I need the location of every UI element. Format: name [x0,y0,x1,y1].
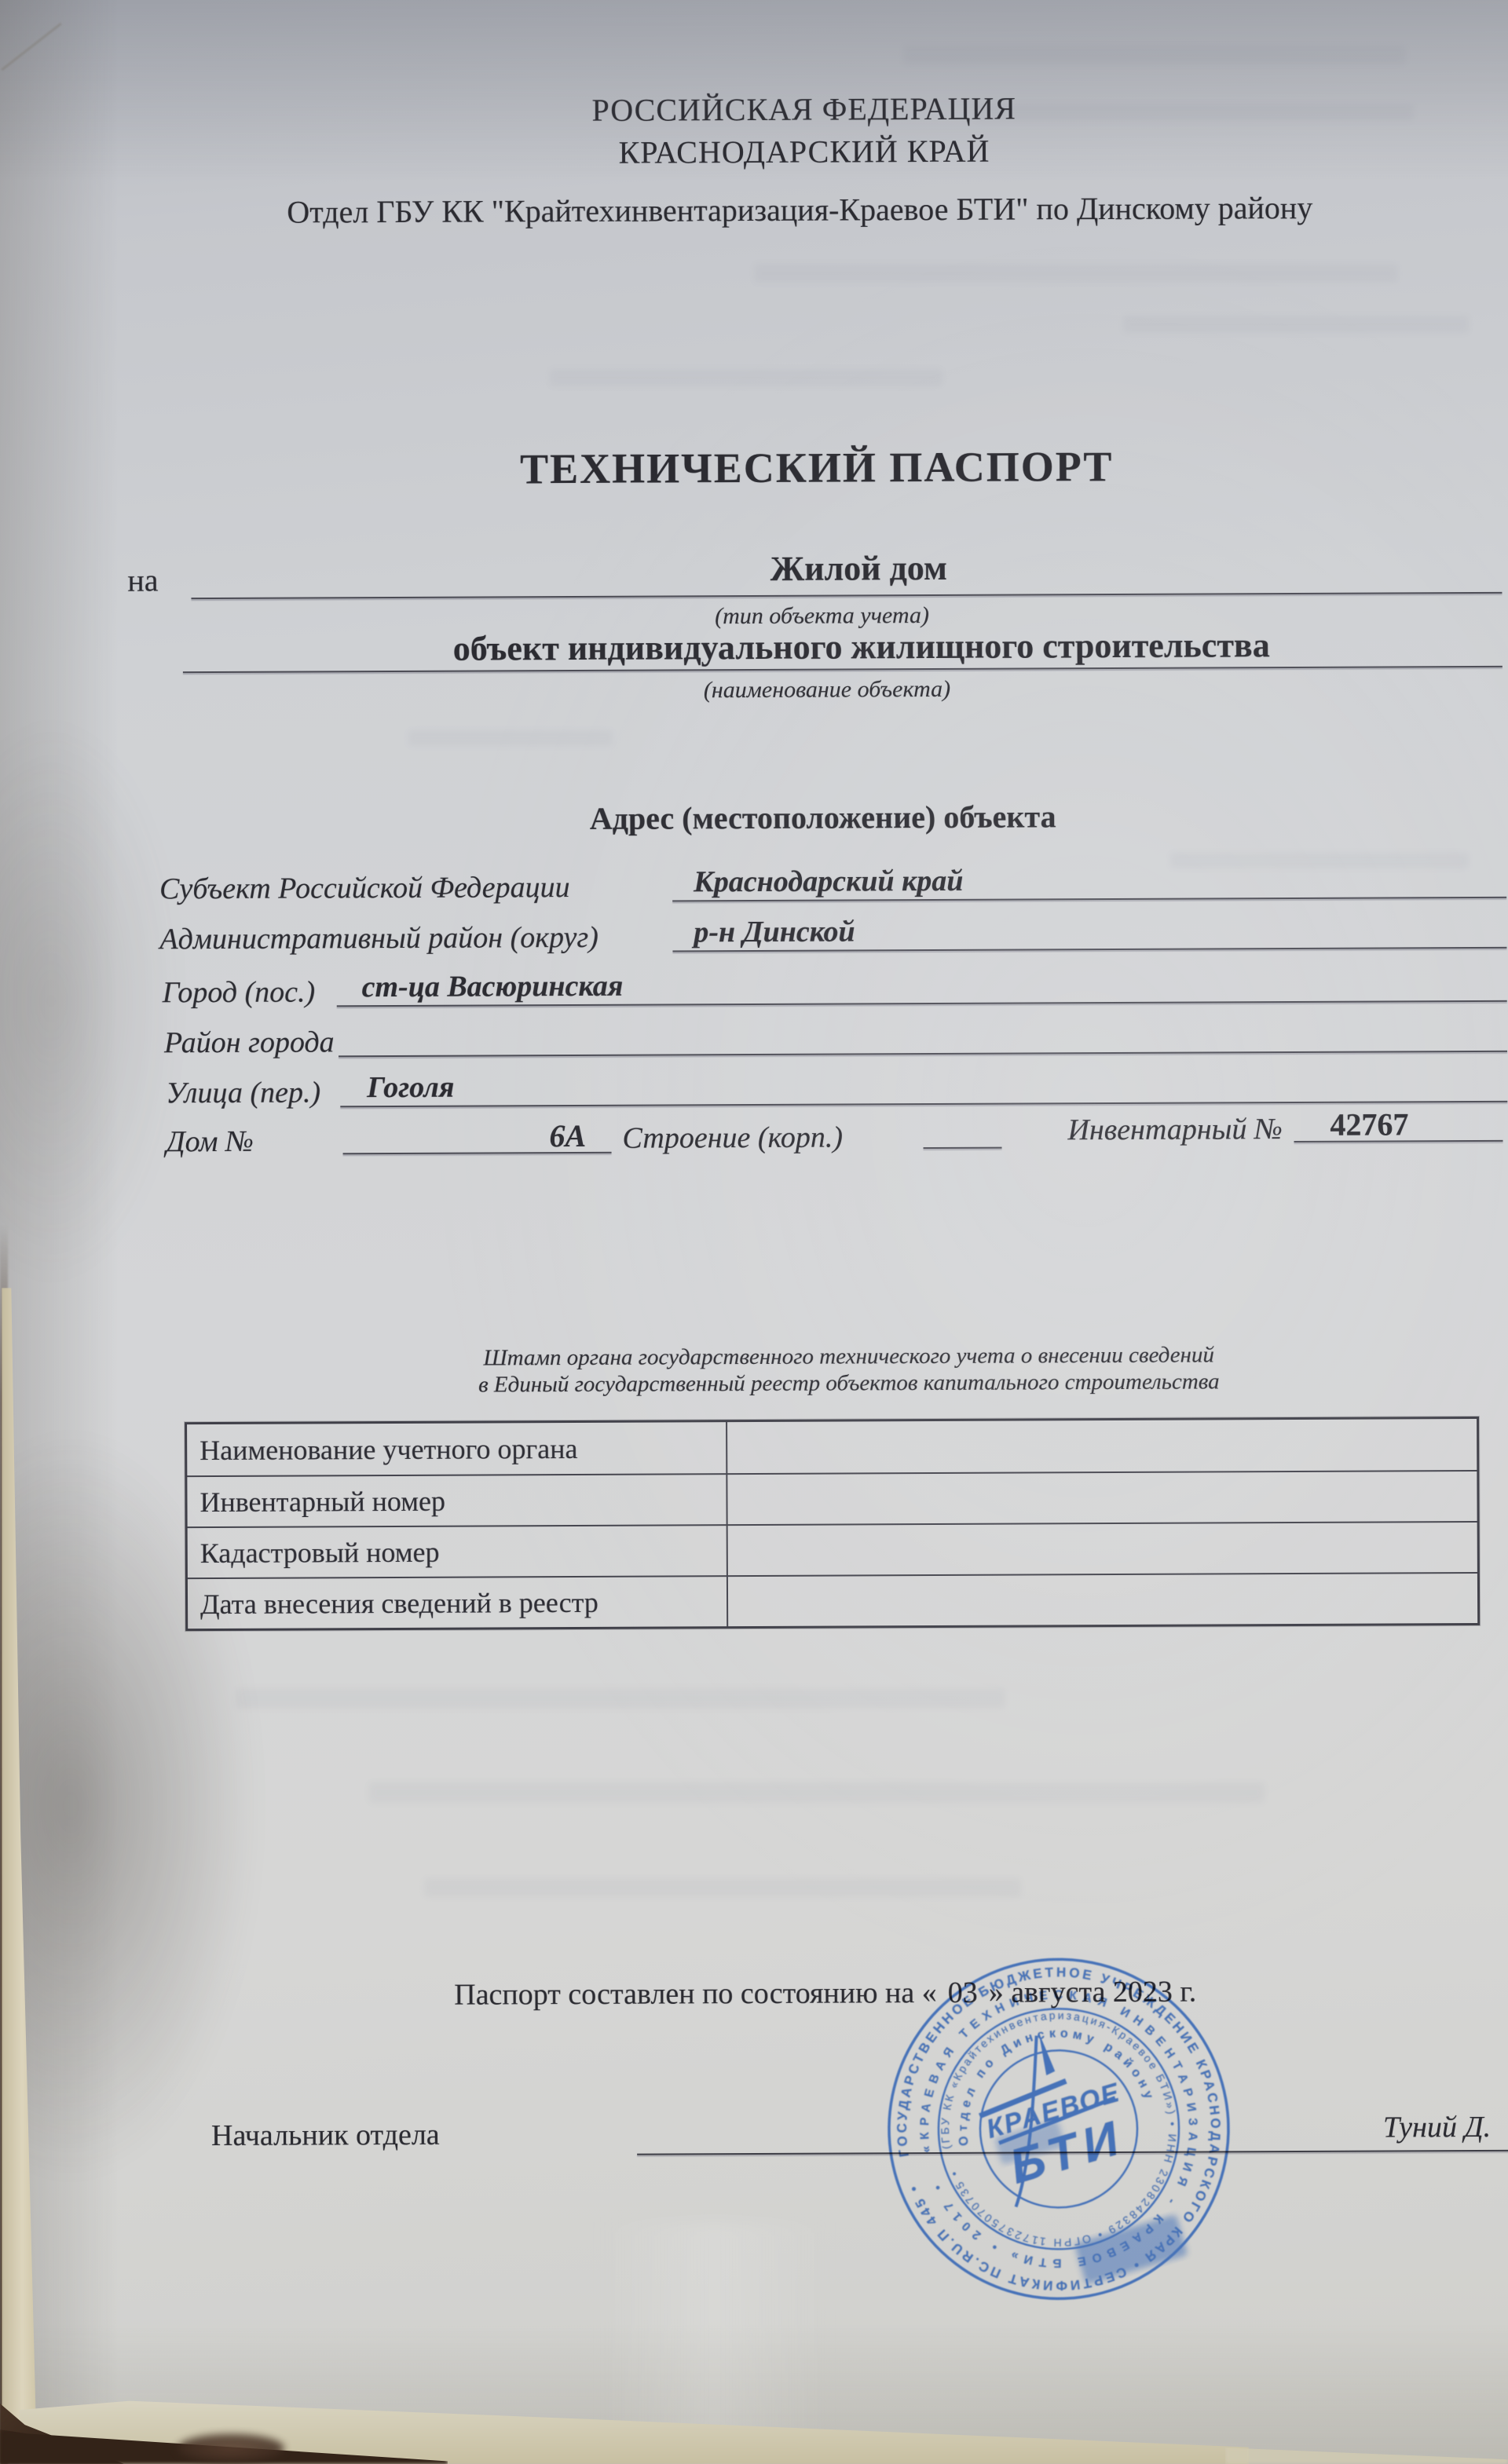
bleed-through-ghost [369,1782,1265,1803]
object-type-underline [191,592,1502,599]
address-row-value: Краснодарский край [694,865,964,899]
inventory-label: Инвентарный № [1067,1113,1283,1147]
official-name: Туний Д. [1383,2111,1491,2144]
address-row-label: Город (пос.) [163,975,316,1009]
registry-row-value [728,1572,1477,1626]
object-name-value: объект индивидуального жилищного строите… [186,625,1508,670]
house-value: 6А [549,1119,586,1154]
seal-district-arc-text: Отдел по Динскому району [940,2010,1158,2147]
building-underline [924,1147,1002,1149]
address-row-city-area: Район города [0,0,1503,3]
header-country: РОССИЙСКАЯ ФЕДЕРАЦИЯ [50,90,1508,131]
registry-row-label: Дата внесения сведений в реестр [188,1575,728,1629]
seal-ink-smudge [1074,2214,1188,2285]
page-fold-highlight [597,2222,833,2464]
underlying-pages-left-edge [2,1288,36,2426]
address-row-underline [339,1051,1507,1057]
registry-row-label: Наименование учетного органа [187,1422,727,1475]
photo-backdrop: РОССИЙСКАЯ ФЕДЕРАЦИЯ КРАСНОДАРСКИЙ КРАЙ … [0,0,1508,2464]
header-department: Отдел ГБУ КК "Крайтехинвентаризация-Крае… [46,190,1508,232]
seal-center-logo: КРАЕВОЕ БТИ [961,2009,1188,2300]
address-row-value: Гоголя [367,1071,454,1105]
building-label: Строение (корп.) [622,1121,843,1156]
seal-logo-underline [996,2098,1118,2144]
left-finger-shadow [0,1303,322,2309]
address-row-subject: Субъект Российской Федерации Краснодарск… [0,0,1503,3]
bleed-through-ghost [1170,853,1469,868]
seal-middle-circle [919,1990,1199,2269]
bleed-through-ghost [1123,316,1469,333]
address-row-city: Город (пос.) ст-ца Васюринская [0,0,1503,3]
registry-row-label: Кадастровый номер [188,1524,728,1577]
seal-middle-ring-text: «КРАЕВАЯ ТЕХНИЧЕСКАЯ ИНВЕНТАРИЗАЦИЯ - КР… [895,1965,1222,2292]
registry-row-value [727,1470,1477,1524]
house-underline [343,1152,612,1154]
object-name-underline [183,666,1503,673]
bottom-blur-blob [178,2434,284,2462]
bleed-through-ghost [550,369,942,386]
house-label: Дом № [166,1125,253,1159]
address-row-label: Район города [164,1025,335,1059]
address-row-district: Административный район (округ) р-н Динск… [0,0,1503,3]
top-shadow [0,0,1508,181]
seal-spire-icon [972,2036,1081,2207]
address-heading: Адрес (местоположение) объекта [234,798,1412,838]
seal-spire-tip-icon [1034,2031,1056,2075]
object-preposition: на [127,563,158,598]
registry-caption-line1: Штамп органа государственного техническо… [268,1341,1430,1372]
document-title: ТЕХНИЧЕСКИЙ ПАСПОРТ [63,441,1508,495]
official-position: Начальник отдела [211,2119,440,2153]
address-row-underline [672,947,1506,952]
left-edge-shadow [0,0,118,2464]
top-left-page-seam [1,23,61,71]
compiled-prefix: Паспорт составлен по состоянию на « [454,1976,937,2012]
address-row-underline [340,1101,1507,1107]
bleed-through-ghost [903,46,1406,64]
bleed-through-ghost [754,264,1398,283]
header-region: КРАСНОДАРСКИЙ КРАЙ [50,132,1508,174]
object-type-caption: (тип объекта учета) [186,600,1459,632]
left-soft-shadow [0,628,220,1374]
official-seal: ГОСУДАРСТВЕННОЕ БЮДЖЕТНОЕ УЧРЕЖДЕНИЕ КРА… [858,1928,1259,2330]
bleed-through-ghost [974,104,1414,121]
seal-ink-smudge [994,2119,1066,2165]
bleed-through-ghost [408,730,613,746]
seal-outer-ring-text: ГОСУДАРСТВЕННОЕ БЮДЖЕТНОЕ УЧРЕЖДЕНИЕ КРА… [868,1938,1250,2320]
seal-inner-ring-text: (ГБУ КК «Крайтехинвентаризация-Краевое Б… [919,1989,1199,2268]
object-name-caption: (наименование объекта) [191,674,1463,706]
address-row-underline [672,897,1506,902]
address-row-underline [337,1000,1507,1007]
address-row-value: р-н Динской [694,915,855,949]
address-row-label: Улица (пер.) [166,1076,320,1110]
registry-row-value [727,1419,1477,1473]
backdrop-bottom-strip [0,2429,448,2464]
object-type-value: Жилой дом [183,547,1508,591]
seal-center-main-text: БТИ [1004,2110,1130,2195]
address-row-value: ст-ца Васюринская [362,970,624,1004]
book-spine-edge [0,1225,8,2464]
bottom-shadow [0,2324,1508,2464]
seal-center-top-text: КРАЕВОЕ [983,2077,1124,2144]
page-content: РОССИЙСКАЯ ФЕДЕРАЦИЯ КРАСНОДАРСКИЙ КРАЙ … [0,0,1508,2464]
signature-line [637,2150,1508,2155]
inventory-underline [1294,1140,1503,1142]
underlying-pages-bottom-edge [19,2400,1249,2464]
bleed-through-ghost [424,1878,1021,1897]
seal-inner-circle [968,2038,1150,2220]
registry-row-value [728,1521,1477,1575]
address-row-street: Улица (пер.) Гоголя [0,0,1503,3]
underlying-pages-bottom-edge-right [1225,2439,1508,2464]
address-row-house: Дом № 6А Строение (корп.) Инвентарный № … [0,0,1503,3]
compiled-day: 03 [948,1976,978,2009]
backdrop-bottom-left-corner [0,2382,124,2464]
address-row-label: Субъект Российской Федерации [159,871,570,906]
registry-row-label: Инвентарный номер [187,1473,727,1526]
bleed-through-ghost [236,1688,1005,1709]
compiled-date-line: Паспорт составлен по состоянию на «03» а… [454,1976,1196,2013]
address-row-label: Административный район (округ) [159,921,598,956]
seal-logo-overline [977,2081,1069,2116]
compiled-suffix: » августа 2023 г. [989,1976,1197,2009]
registry-table: Наименование учетного органа Инвентарный… [185,1417,1480,1631]
seal-outer-circle [862,1932,1256,2326]
registry-caption-line2: в Единый государственный реестр объектов… [268,1368,1430,1398]
inventory-value: 42767 [1330,1107,1408,1142]
document-page: РОССИЙСКАЯ ФЕДЕРАЦИЯ КРАСНОДАРСКИЙ КРАЙ … [0,0,1508,2464]
